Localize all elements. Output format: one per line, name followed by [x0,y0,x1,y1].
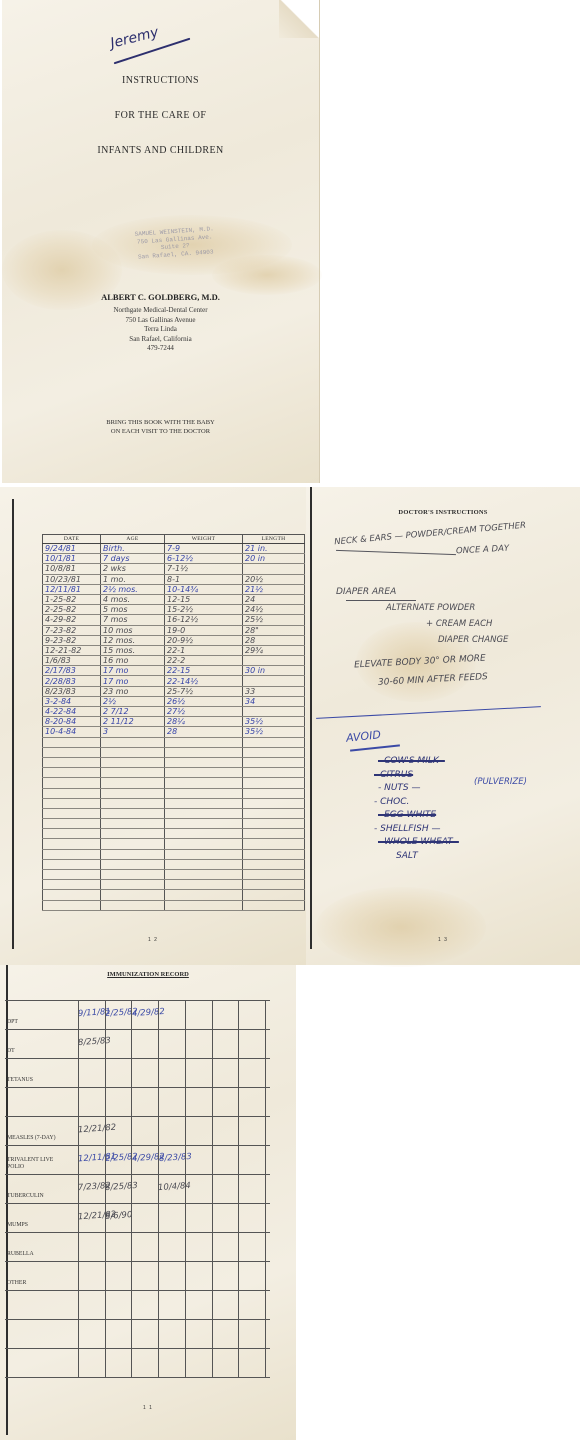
note-diaper-area: DIAPER AREA [336,587,396,597]
table-row: 9/24/81Birth.7-921 in. [43,544,305,554]
avoid-item: - EGG WHITE [378,809,459,823]
cell-weight: 28 [165,727,243,737]
table-row: 12/11/812½ mos.10-14¾21½ [43,584,305,594]
vaccination-date: 4/29/82 [132,1007,165,1019]
cell-age: 7 mos [101,615,165,625]
table-row-blank [43,737,305,747]
cell-date: 9/24/81 [43,544,101,554]
grid-column-line [185,1000,186,1377]
avoid-food-list: - COW'S MILK -- CITRUS- NUTS —- CHOC.- E… [378,755,459,863]
cell-date: 4-22-84 [43,707,101,717]
grid-column-line [158,1000,159,1377]
section-heading: DOCTOR'S INSTRUCTIONS [306,509,580,516]
table-row: 12-21-8215 mos.22-129¾ [43,645,305,655]
note-elevate-body: ELEVATE BODY 30° OR MORE [354,654,486,671]
cell-length: 34 [243,696,305,706]
table-row-blank [43,880,305,890]
cell-length: 24 [243,594,305,604]
avoid-item: - CHOC. [374,796,459,810]
section-heading: IMMUNIZATION RECORD [0,971,296,978]
cell-date: 10/23/81 [43,574,101,584]
immunization-record-page: IMMUNIZATION RECORD DPT9/11/812/25/824/2… [0,965,296,1440]
cell-date: 10-4-84 [43,727,101,737]
cell-age [101,757,165,767]
cell-weight: 7-1½ [165,564,243,574]
cell-weight [165,829,243,839]
cell-length: 21 in. [243,544,305,554]
cell-age [101,890,165,900]
immunization-row: RUBELLA [5,1233,270,1262]
cell-length: 24½ [243,605,305,615]
cell-weight: 22-14½ [165,676,243,686]
cell-date [43,829,101,839]
cell-age [101,778,165,788]
table-row-blank [43,859,305,869]
handwritten-underline [346,600,416,601]
booklet-cover: Jeremy INSTRUCTIONS FOR THE CARE OF INFA… [2,0,320,483]
cell-date [43,788,101,798]
doctors-instructions-page: DOCTOR'S INSTRUCTIONS NECK & EARS — POWD… [306,487,580,965]
cell-length [243,890,305,900]
divider-line [316,706,541,719]
avoid-item: - CITRUS [374,769,459,783]
cell-age: 5 mos [101,605,165,615]
cell-length [243,707,305,717]
doctor-stamp: SAMUEL WEINSTEIN, M.D. 750 Las Gallinas … [119,224,231,262]
vaccine-label: DT [7,1048,69,1055]
cell-length: 35½ [243,717,305,727]
vaccination-date: 12/21/82 [78,1123,117,1136]
cell-date [43,778,101,788]
cell-date: 10/8/81 [43,564,101,574]
table-row: 8-20-842 11/1228¼35½ [43,717,305,727]
cell-weight [165,859,243,869]
table-row: 1-25-824 mos.12-1524 [43,594,305,604]
cell-length [243,564,305,574]
cell-age [101,849,165,859]
table-row: 4-22-842 7/1227½ [43,707,305,717]
cover-title-line-2: FOR THE CARE OF [2,110,319,121]
immunization-row: OTHER [5,1262,270,1291]
cell-date: 7-23-82 [43,625,101,635]
cell-date: 2/28/83 [43,676,101,686]
cell-weight: 12-15 [165,594,243,604]
page-binding-edge [12,499,14,949]
note-diaper-change: DIAPER CHANGE [438,635,508,645]
cell-date: 10/1/81 [43,554,101,564]
cell-age: 12 mos. [101,635,165,645]
cell-date [43,819,101,829]
cell-age: 17 mo [101,676,165,686]
cell-weight [165,808,243,818]
cell-weight: 15-2½ [165,605,243,615]
cell-age: 17 mo [101,666,165,676]
vaccine-label: MEASLES (7-DAY) [7,1135,69,1142]
cell-length: 20½ [243,574,305,584]
cell-weight [165,849,243,859]
table-row-blank [43,808,305,818]
cell-age: 2½ [101,696,165,706]
grid-column-line [105,1000,106,1377]
cell-age: 1 mo. [101,574,165,584]
grid-column-line [78,1000,79,1377]
cell-age [101,768,165,778]
immunization-row: MUMPS12/21/828/6/90 [5,1204,270,1233]
cell-weight [165,890,243,900]
table-row-blank [43,757,305,767]
handwritten-underline [336,550,456,555]
table-row-blank [43,900,305,910]
cell-weight [165,819,243,829]
cell-date: 3-2-84 [43,696,101,706]
cell-length [243,768,305,778]
doctor-address: Northgate Medical-Dental Center 750 Las … [2,306,319,354]
cell-length [243,900,305,910]
cell-weight: 22-15 [165,666,243,676]
cell-age: 10 mos [101,625,165,635]
cell-age: 15 mos. [101,645,165,655]
cell-length [243,880,305,890]
vaccine-label: RUBELLA [7,1251,69,1258]
table-row: 1/6/8316 mo22-2 [43,656,305,666]
folded-corner [279,0,319,38]
table-row-blank [43,839,305,849]
cover-title-line-3: INFANTS AND CHILDREN [2,145,319,156]
table-row: 2/28/8317 mo22-14½ [43,676,305,686]
phone-number: 479-7244 [2,344,319,354]
page-number: 1 2 [0,937,306,943]
cell-length [243,737,305,747]
immunization-row [5,1291,270,1320]
cell-age [101,737,165,747]
cell-date [43,859,101,869]
cell-age: 4 mos. [101,594,165,604]
cell-age [101,839,165,849]
vaccine-label: OTHER [7,1280,69,1287]
cell-length [243,757,305,767]
table-row: 2/17/8317 mo22-1530 in [43,666,305,676]
cell-length: 20 in [243,554,305,564]
doctor-name: ALBERT C. GOLDBERG, M.D. [2,292,319,302]
note-cream-each: + CREAM EACH [426,619,492,629]
cell-length [243,849,305,859]
cell-age [101,798,165,808]
page-binding-edge [310,487,312,949]
table-row: 2-25-825 mos15-2½24½ [43,605,305,615]
cell-weight [165,839,243,849]
avoid-item: - SHELLFISH — [374,823,459,837]
cell-length [243,839,305,849]
table-row: 8/23/8323 mo25-7½33 [43,686,305,696]
table-row-blank [43,819,305,829]
cell-weight: 20-9½ [165,635,243,645]
cell-date: 12/11/81 [43,584,101,594]
note-once-a-day: ONCE A DAY [456,544,510,557]
cell-weight: 16-12½ [165,615,243,625]
cell-weight: 22-1 [165,645,243,655]
cell-weight: 6-12½ [165,554,243,564]
table-row-blank [43,778,305,788]
footer-line: ON EACH VISIT TO THE DOCTOR [2,427,319,436]
table-row: 10/8/812 wks7-1½ [43,564,305,574]
vaccine-label: MUMPS [7,1222,69,1229]
vaccine-label: DPT [7,1019,69,1026]
avoid-item: - COW'S MILK - [378,755,459,769]
cell-date [43,900,101,910]
immunization-row: MEASLES (7-DAY)12/21/82 [5,1117,270,1146]
avoid-heading: AVOID [345,728,381,745]
cell-age: Birth. [101,544,165,554]
cell-weight: 27½ [165,707,243,717]
table-row: 9-23-8212 mos.20-9½28 [43,635,305,645]
cell-age: 23 mo [101,686,165,696]
cell-weight [165,788,243,798]
cell-age [101,747,165,757]
page-number: 1 1 [0,1405,296,1411]
immunization-row: DT8/25/83 [5,1030,270,1059]
grid-column-line [238,1000,239,1377]
address-line: San Rafael, California [2,335,319,345]
cover-title-line-1: INSTRUCTIONS [2,75,319,86]
note-alternate-powder: ALTERNATE POWDER [386,603,475,613]
cell-date [43,880,101,890]
table-row: 7-23-8210 mos19-028" [43,625,305,635]
immunization-grid: DPT9/11/812/25/824/29/82DT8/25/83TETANUS… [5,1000,270,1378]
vaccination-date: 8/6/90 [105,1210,133,1222]
cell-age [101,870,165,880]
vaccine-label: TUBERCULIN [7,1193,69,1200]
immunization-row [5,1320,270,1349]
page-number: 1 3 [306,937,580,943]
cell-date [43,798,101,808]
cell-date: 9-23-82 [43,635,101,645]
cell-date [43,757,101,767]
cell-length [243,676,305,686]
footer-line: BRING THIS BOOK WITH THE BABY [2,418,319,427]
table-row-blank [43,747,305,757]
table-row-blank [43,768,305,778]
cell-age: 2½ mos. [101,584,165,594]
cell-length: 28" [243,625,305,635]
cell-weight [165,880,243,890]
table-row: 10-4-8432835½ [43,727,305,737]
cell-length: 21½ [243,584,305,594]
cell-weight: 7-9 [165,544,243,554]
cell-weight [165,778,243,788]
cell-length [243,870,305,880]
growth-record-table: DATE AGE WEIGHT LENGTH 9/24/81Birth.7-92… [42,534,305,911]
cell-age [101,808,165,818]
cell-date [43,747,101,757]
table-row-blank [43,849,305,859]
table-row: 10/23/811 mo.8-120½ [43,574,305,584]
column-header-length: LENGTH [243,535,305,544]
cell-length [243,859,305,869]
cell-weight [165,798,243,808]
table-row: 4-29-827 mos16-12½25½ [43,615,305,625]
cell-date: 4-29-82 [43,615,101,625]
cell-weight: 10-14¾ [165,584,243,594]
cell-date [43,839,101,849]
cell-weight [165,768,243,778]
table-row-blank [43,870,305,880]
cell-date: 12-21-82 [43,645,101,655]
table-row-blank [43,798,305,808]
avoid-item: - WHOLE WHEAT - [378,836,459,850]
grid-column-line [131,1000,132,1377]
cell-length: 29¾ [243,645,305,655]
cell-age: 3 [101,727,165,737]
cell-length: 35½ [243,727,305,737]
table-row-blank [43,788,305,798]
cell-date [43,870,101,880]
cell-weight [165,900,243,910]
cell-length: 28 [243,635,305,645]
cell-date: 1/6/83 [43,656,101,666]
column-header-weight: WEIGHT [165,535,243,544]
water-stain [212,255,322,295]
cell-age [101,900,165,910]
cell-weight: 22-2 [165,656,243,666]
cell-age [101,880,165,890]
grid-column-line [212,1000,213,1377]
vaccine-label: TRIVALENT LIVE POLIO [7,1157,69,1170]
table-row-blank [43,890,305,900]
cell-date: 8/23/83 [43,686,101,696]
cell-date [43,737,101,747]
cell-weight: 8-1 [165,574,243,584]
cover-footer: BRING THIS BOOK WITH THE BABY ON EACH VI… [2,418,319,436]
cell-date [43,808,101,818]
cell-length: 25½ [243,615,305,625]
cell-weight: 26½ [165,696,243,706]
handwritten-underline [350,744,400,751]
immunization-row: TUBERCULIN7/23/828/25/8310/4/84 [5,1175,270,1204]
avoid-item: SALT [396,850,459,864]
cell-age [101,829,165,839]
cell-weight: 25-7½ [165,686,243,696]
cell-weight [165,737,243,747]
immunization-row [5,1088,270,1117]
cell-weight [165,747,243,757]
pulverize-note: (PULVERIZE) [474,777,527,787]
cell-date: 2-25-82 [43,605,101,615]
cell-length: 33 [243,686,305,696]
cell-length [243,808,305,818]
address-line: 750 Las Gallinas Avenue [2,316,319,326]
immunization-row: DPT9/11/812/25/824/29/82 [5,1000,270,1030]
cell-weight [165,870,243,880]
cell-date [43,890,101,900]
cell-age: 2 wks [101,564,165,574]
cell-weight: 19-0 [165,625,243,635]
vaccination-date: 8/25/83 [105,1181,138,1193]
immunization-row: TRIVALENT LIVE POLIO12/11/812/25/824/29/… [5,1146,270,1175]
table-row: 3-2-842½26½34 [43,696,305,706]
cell-date [43,768,101,778]
cell-date: 1-25-82 [43,594,101,604]
cell-weight: 28¼ [165,717,243,727]
grid-column-line [265,1000,266,1377]
cell-age: 16 mo [101,656,165,666]
growth-record-page: DATE AGE WEIGHT LENGTH 9/24/81Birth.7-92… [0,487,306,965]
cell-age: 2 11/12 [101,717,165,727]
cell-length: 30 in [243,666,305,676]
cell-age: 7 days [101,554,165,564]
vaccine-label: TETANUS [7,1077,69,1084]
cell-length [243,819,305,829]
column-header-date: DATE [43,535,101,544]
cell-age [101,859,165,869]
cell-length [243,656,305,666]
cell-weight [165,757,243,767]
cell-age [101,819,165,829]
cell-length [243,747,305,757]
vaccination-date: 8/23/83 [159,1152,192,1164]
column-header-age: AGE [101,535,165,544]
cell-date: 2/17/83 [43,666,101,676]
handwritten-signature: Jeremy [109,24,160,51]
water-stain [316,887,486,967]
table-header-row: DATE AGE WEIGHT LENGTH [43,535,305,544]
table-row: 10/1/817 days6-12½20 in [43,554,305,564]
address-line: Terra Linda [2,325,319,335]
vaccination-date: 8/25/83 [78,1036,111,1048]
immunization-row [5,1349,270,1378]
cell-age: 2 7/12 [101,707,165,717]
cell-date [43,849,101,859]
cell-length [243,778,305,788]
cell-length [243,798,305,808]
cell-length [243,788,305,798]
vaccination-date: 10/4/84 [158,1181,191,1193]
table-row-blank [43,829,305,839]
address-line: Northgate Medical-Dental Center [2,306,319,316]
immunization-row: TETANUS [5,1059,270,1088]
cell-length [243,829,305,839]
cell-date: 8-20-84 [43,717,101,727]
avoid-item: - NUTS — [378,782,459,796]
note-after-feeds: 30-60 MIN AFTER FEEDS [378,672,488,688]
cell-age [101,788,165,798]
